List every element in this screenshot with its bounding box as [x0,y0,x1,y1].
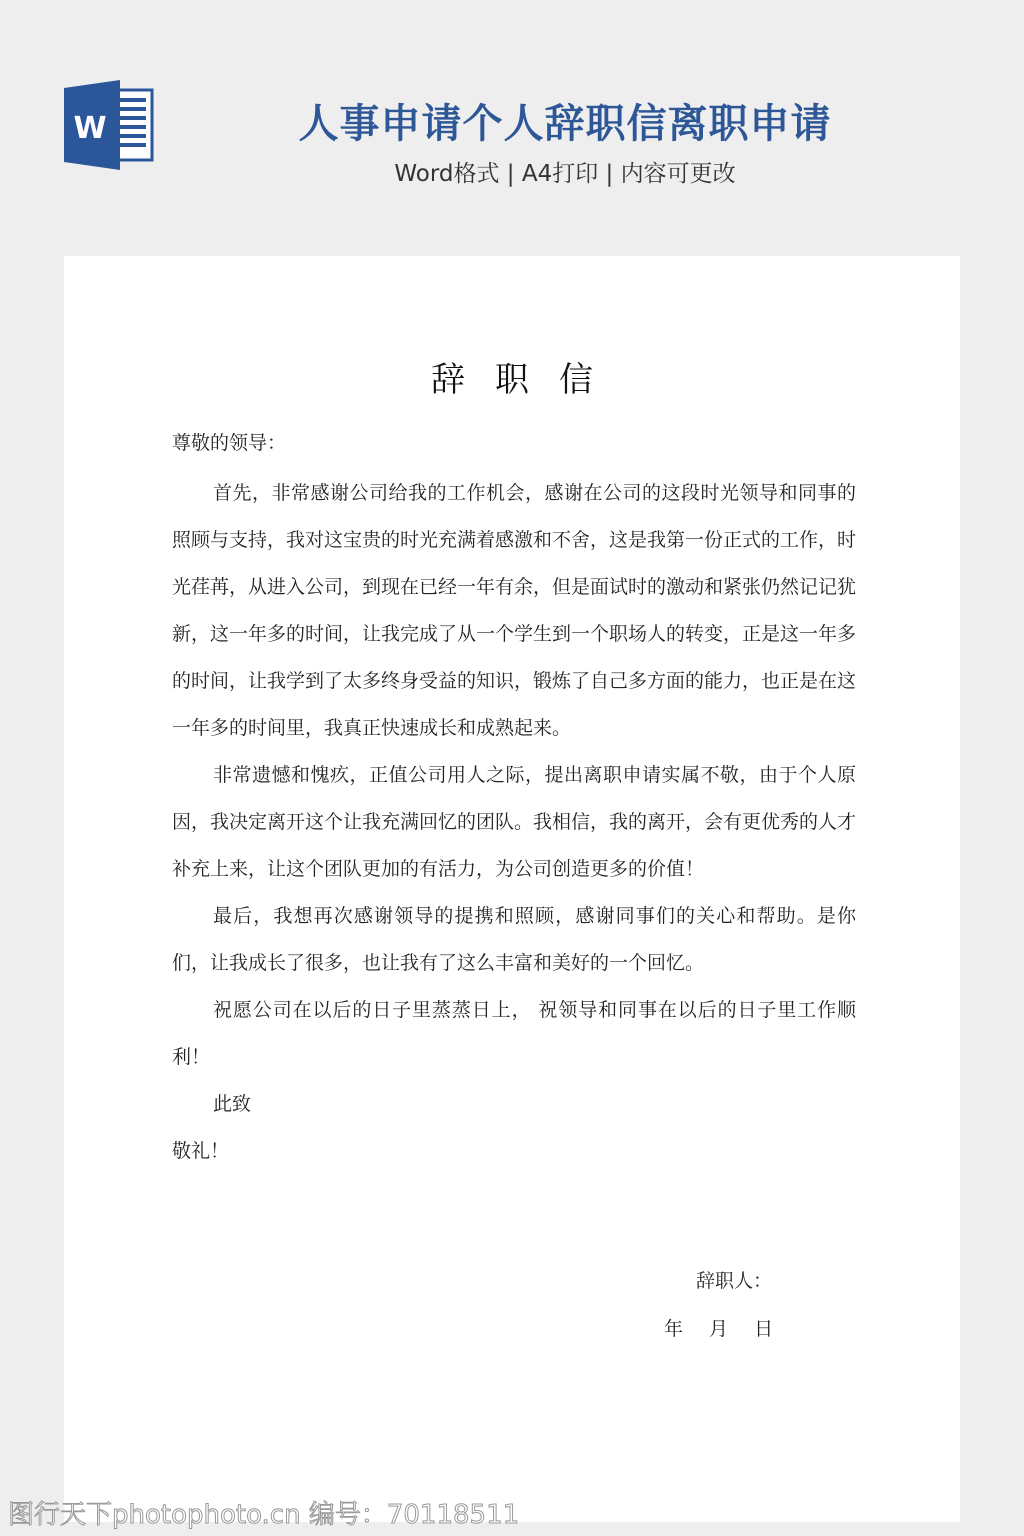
paragraph-thanks: 首先，非常感谢公司给我的工作机会，感谢在公司的这段时光领导和同事的照顾与支持，我… [172,470,856,752]
paragraph-wishes: 祝愿公司在以后的日子里蒸蒸日上， 祝领导和同事在以后的日子里工作顺利！ [172,987,856,1081]
document-title: 辞职信 [64,352,960,401]
page-subtitle: Word格式 | A4打印 | 内容可更改 [200,155,930,188]
signer-label: 辞职人： [696,1266,772,1293]
salutation: 尊敬的领导： [172,420,856,467]
watermark: 图行天下photophoto.cn 编号：70118511 [8,1494,519,1531]
document-body: 尊敬的领导： 首先，非常感谢公司给我的工作机会，感谢在公司的这段时光领导和同事的… [172,420,856,1175]
document-page: 辞职信 尊敬的领导： 首先，非常感谢公司给我的工作机会，感谢在公司的这段时光领导… [64,256,960,1522]
svg-text:W: W [73,111,106,146]
paragraph-gratitude: 最后，我想再次感谢领导的提携和照顾，感谢同事们的关心和帮助。是你们，让我成长了很… [172,893,856,987]
header: W 人事申请个人辞职信离职申请 Word格式 | A4打印 | 内容可更改 [0,0,1024,256]
page-title: 人事申请个人辞职信离职申请 [200,92,930,149]
closing-line-1: 此致 [172,1081,856,1128]
paragraph-reason: 非常遗憾和愧疚，正值公司用人之际，提出离职申请实属不敬，由于个人原因，我决定离开… [172,752,856,893]
closing-line-2: 敬礼！ [172,1128,856,1175]
date-label: 年 月 日 [664,1314,773,1341]
word-document-icon: W [64,80,156,170]
